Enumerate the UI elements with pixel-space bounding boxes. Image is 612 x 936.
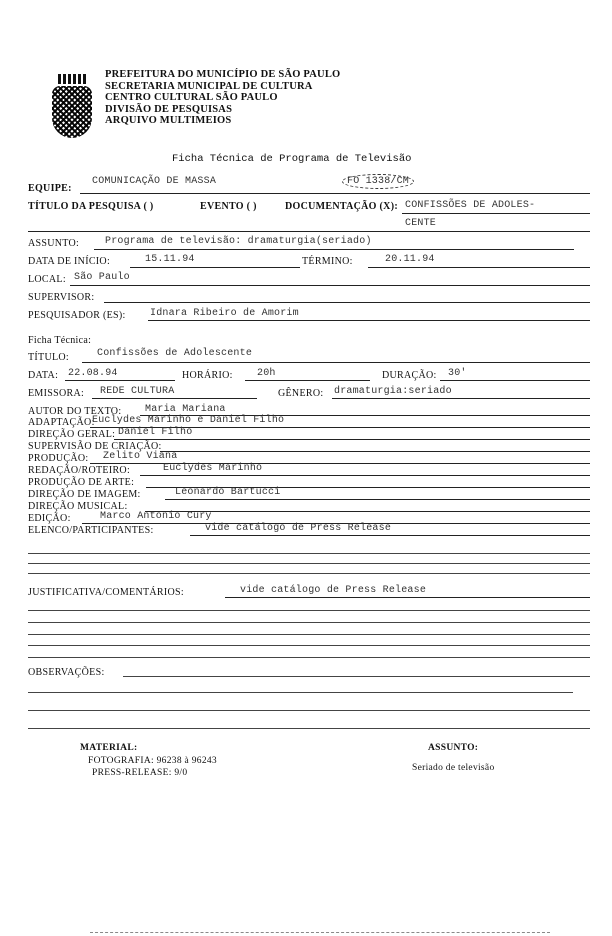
local-value: São Paulo xyxy=(74,272,130,283)
header-line-divisao: DIVISÃO DE PESQUISAS xyxy=(105,104,340,116)
crest-icon xyxy=(52,74,94,130)
material-label: MATERIAL: xyxy=(80,743,137,753)
data-inicio-label: DATA DE INÍCIO: xyxy=(28,256,110,267)
redacao-roteiro-label: REDAÇÃO/ROTEIRO: xyxy=(28,465,130,476)
direcao-geral-label: DIREÇÃO GERAL: xyxy=(28,429,115,440)
duracao-value: 30' xyxy=(448,368,467,379)
documentacao-value-2: CENTE xyxy=(405,218,436,229)
documentacao-checkbox: DOCUMENTAÇÃO (X): xyxy=(285,201,398,212)
assunto-label: ASSUNTO: xyxy=(28,238,79,249)
supervisor-label: SUPERVISOR: xyxy=(28,292,94,303)
producao-value: Zelito Viana xyxy=(103,451,177,462)
header-line-secretaria: SECRETARIA MUNICIPAL DE CULTURA xyxy=(105,81,340,93)
observacoes-label: OBSERVAÇÕES: xyxy=(28,667,105,678)
titulo-value: Confissões de Adolescente xyxy=(97,348,252,359)
termino-label: TÉRMINO: xyxy=(302,256,353,267)
assunto-value: Programa de televisão: dramaturgia(seria… xyxy=(105,236,372,247)
titulo-pesquisa-checkbox: TÍTULO DA PESQUISA ( ) xyxy=(28,201,154,212)
data-inicio-value: 15.11.94 xyxy=(145,254,195,265)
emissora-label: EMISSORA: xyxy=(28,388,84,399)
header-line-arquivo: ARQUIVO MULTIMEIOS xyxy=(105,115,340,127)
pesquisador-value: Idnara Ribeiro de Amorim xyxy=(150,308,299,319)
header-line-prefeitura: PREFEITURA DO MUNICÍPIO DE SÃO PAULO xyxy=(105,69,340,81)
assunto-final-label: ASSUNTO: xyxy=(428,743,478,753)
genero-value: dramaturgia:seriado xyxy=(334,386,452,397)
autor-value: Maria Mariana xyxy=(145,404,226,415)
horario-label: HORÁRIO: xyxy=(182,370,233,381)
genero-label: GÊNERO: xyxy=(278,388,323,399)
horario-value: 20h xyxy=(257,368,276,379)
emissora-value: REDE CULTURA xyxy=(100,386,174,397)
press-release-value: PRESS-RELEASE: 9/0 xyxy=(92,768,187,778)
pesquisador-label: PESQUISADOR (ES): xyxy=(28,310,126,321)
edicao-label: EDIÇÃO: xyxy=(28,513,71,524)
termino-value: 20.11.94 xyxy=(385,254,435,265)
titulo-label: TÍTULO: xyxy=(28,352,69,363)
elenco-value: vide catálogo de Press Release xyxy=(205,523,391,534)
evento-checkbox: EVENTO ( ) xyxy=(200,201,257,212)
redacao-roteiro-value: Euclydes Marinho xyxy=(163,463,262,474)
header-line-centro: CENTRO CULTURAL SÃO PAULO xyxy=(105,92,340,104)
fotografia-value: FOTOGRAFIA: 96238 à 96243 xyxy=(88,756,217,766)
duracao-label: DURAÇÃO: xyxy=(382,370,437,381)
justificativa-value: vide catálogo de Press Release xyxy=(240,585,426,596)
justificativa-label: JUSTIFICATIVA/COMENTÁRIOS: xyxy=(28,587,184,598)
data-value: 22.08.94 xyxy=(68,368,118,379)
direcao-geral-value: Daniel Filho xyxy=(118,427,192,438)
adaptacao-value: Euclydes Marinho e Daniel Filho xyxy=(92,415,284,426)
direcao-imagem-label: DIREÇÃO DE IMAGEM: xyxy=(28,489,141,500)
producao-label: PRODUÇÃO: xyxy=(28,453,89,464)
equipe-label: EQUIPE: xyxy=(28,183,72,194)
data-label: DATA: xyxy=(28,370,58,381)
elenco-label: ELENCO/PARTICIPANTES: xyxy=(28,525,154,536)
assunto-final-value: Seriado de televisão xyxy=(412,763,495,773)
adaptacao-label: ADAPTAÇÃO: xyxy=(28,417,95,428)
ficha-tecnica-heading: Ficha Técnica: xyxy=(28,335,91,346)
producao-arte-label: PRODUÇÃO DE ARTE: xyxy=(28,477,134,488)
documentacao-value-1: CONFISSÕES DE ADOLES- xyxy=(405,200,535,211)
direcao-imagem-value: Leonardo Bartucci xyxy=(175,487,280,498)
local-label: LOCAL: xyxy=(28,274,66,285)
reference-stamp: FO 1338/CM xyxy=(342,174,414,189)
form-title: Ficha Técnica de Programa de Televisão xyxy=(172,153,411,165)
institution-header: PREFEITURA DO MUNICÍPIO DE SÃO PAULO SEC… xyxy=(105,69,340,127)
edicao-value: Marco Antonio Cury xyxy=(100,511,212,522)
equipe-value: COMUNICAÇÃO DE MASSA xyxy=(92,176,216,187)
